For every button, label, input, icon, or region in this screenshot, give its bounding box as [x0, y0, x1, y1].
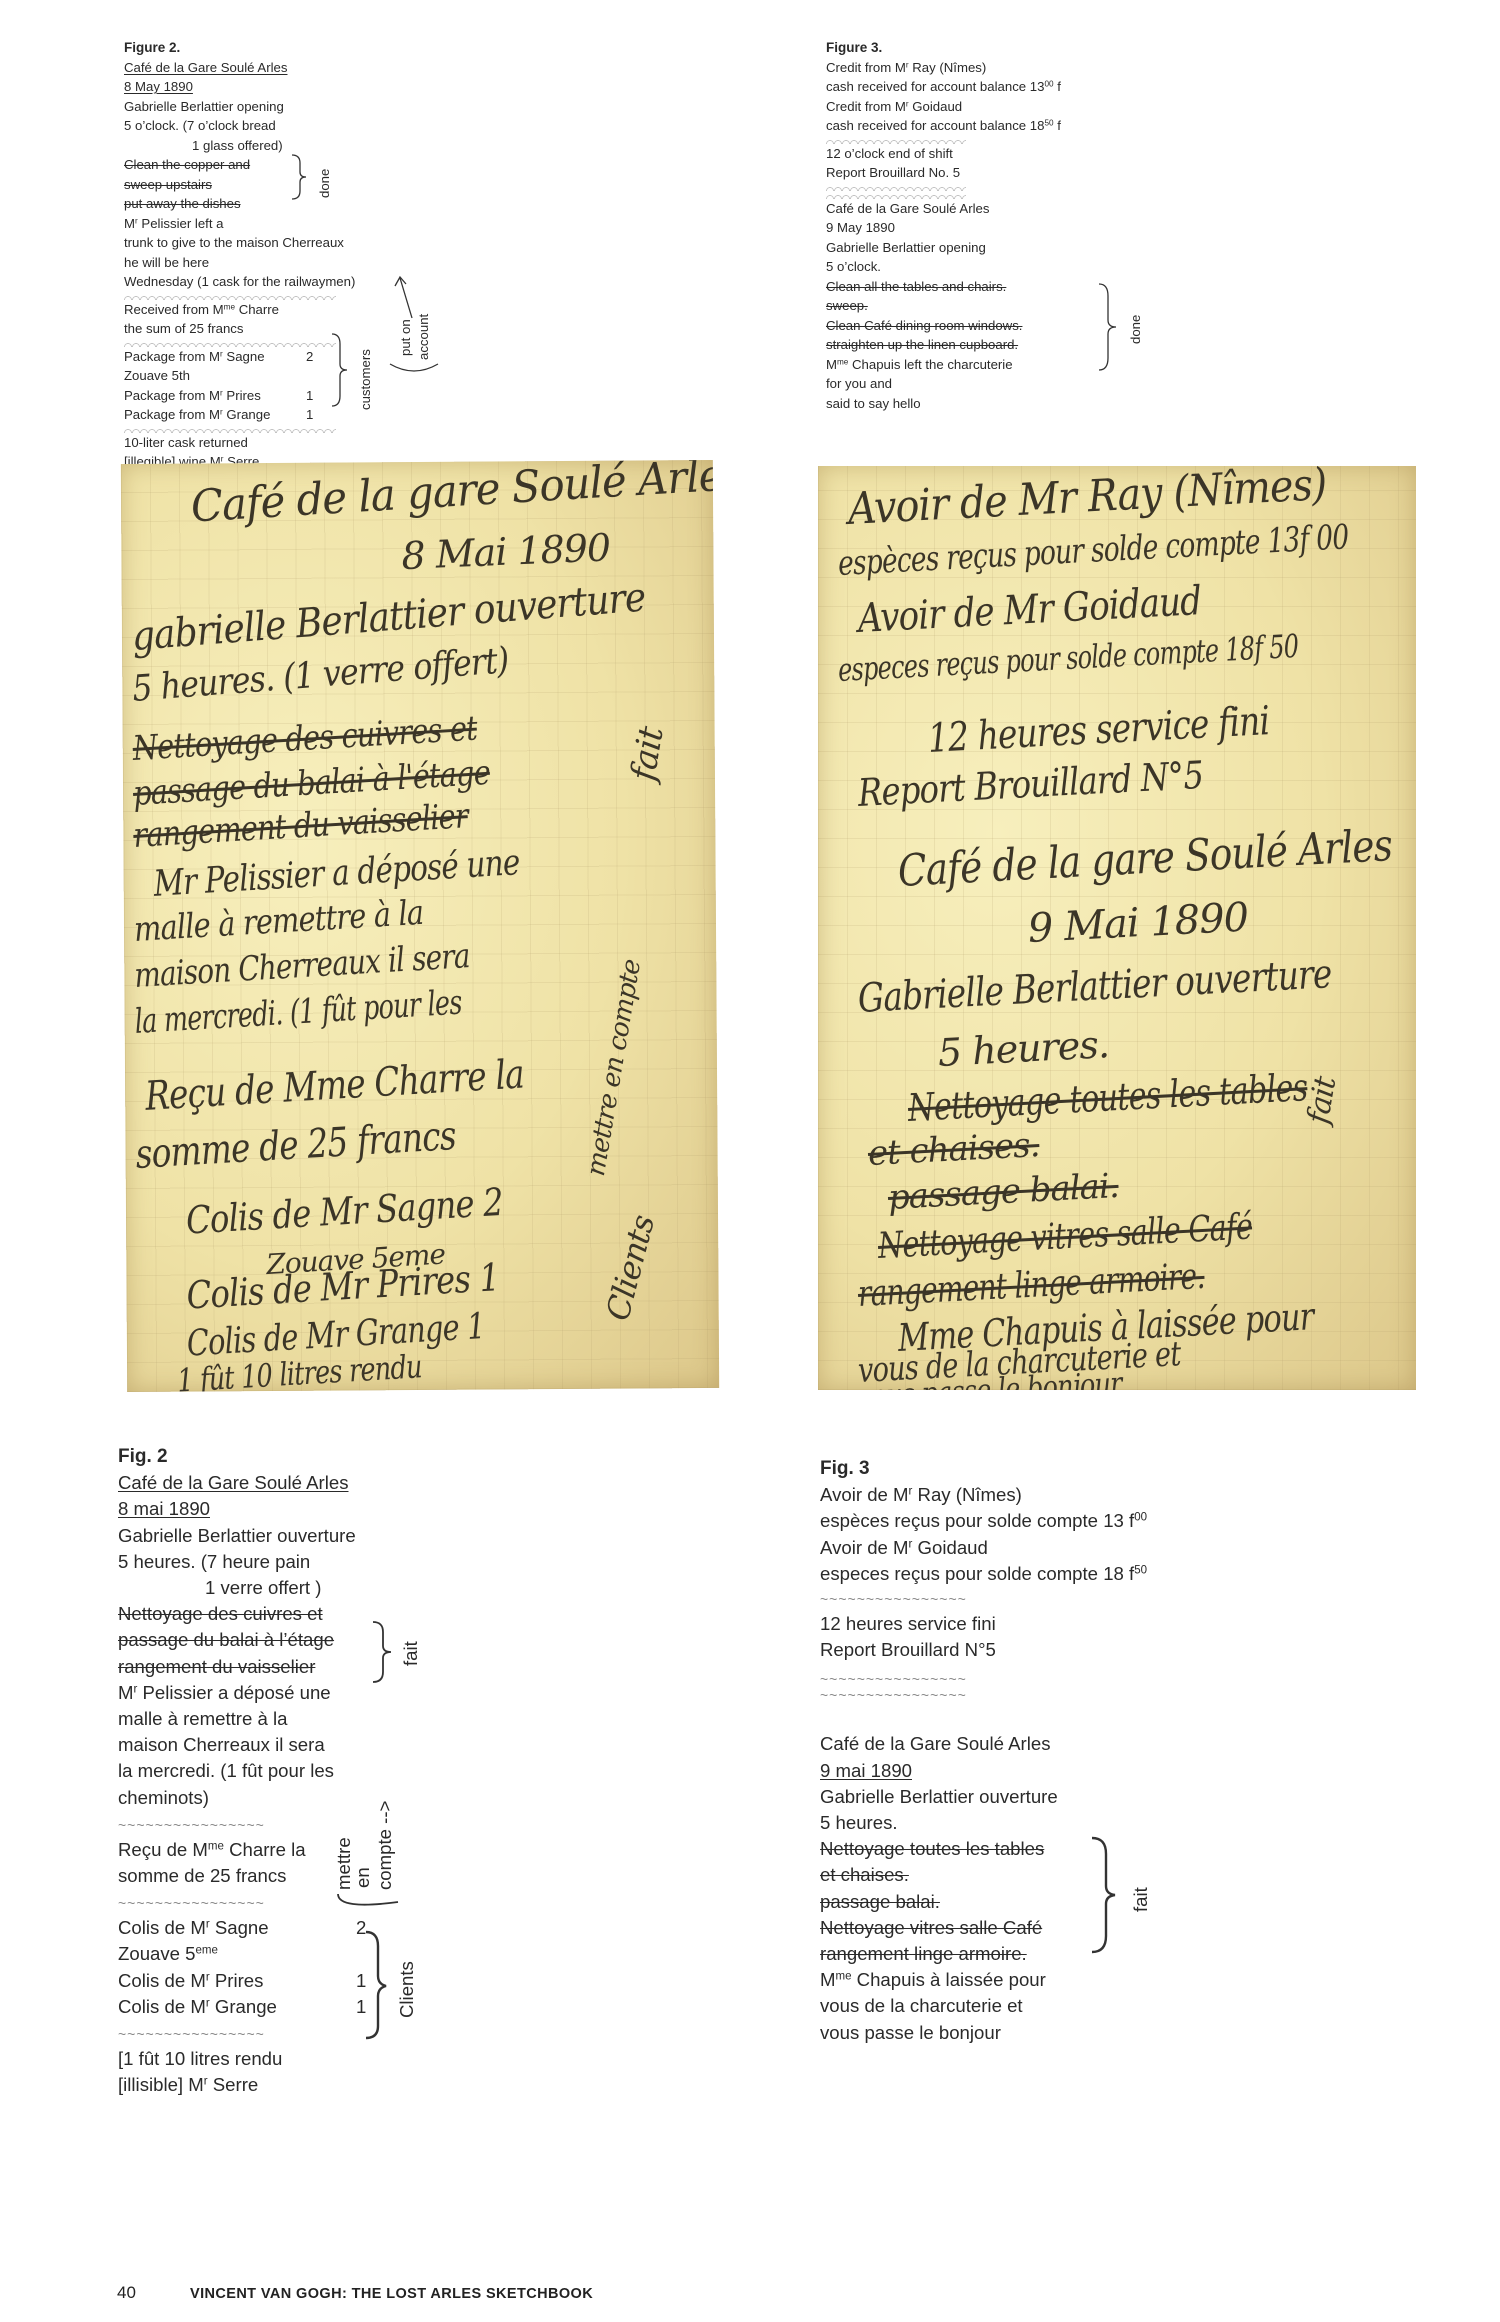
chapuis-line: said to say hello	[826, 394, 1186, 414]
opening-line: Gabrielle Berlattier opening	[124, 97, 424, 117]
margin-note: mettre en compte	[581, 958, 647, 1179]
opening-line: Gabrielle Berlattier opening	[826, 238, 1186, 258]
fig2-title: Fig. 2	[118, 1444, 448, 1470]
annotation-compte: compte -->	[372, 1801, 398, 1890]
figure3-title: Figure 3.	[826, 38, 1186, 58]
fig3-title: Fig. 3	[820, 1456, 1190, 1482]
handwritten-line: 5 heures.	[937, 1022, 1110, 1075]
manuscript-photo-fig3: Avoir de Mr Ray (Nîmes)espèces reçus pou…	[818, 466, 1416, 1390]
wavy-divider	[124, 425, 336, 433]
chapuis-line: vous de la charcuterie et	[820, 1993, 1190, 2019]
handwritten-line: Reçu de Mme Charre la	[144, 1051, 525, 1119]
received-line: the sum of 25 francs	[124, 319, 424, 339]
annotation-done: done	[1126, 315, 1146, 344]
pelissier-line: Wednesday (1 cask for the railwaymen)	[124, 272, 424, 292]
glass-line: 1 glass offered)	[124, 136, 424, 156]
recu-line: somme de 25 francs	[118, 1863, 448, 1889]
tilde-divider: ~~~~~~~~~~~~~~~~	[118, 2026, 448, 2042]
zouave-line: Zouave 5th	[124, 366, 424, 386]
time-line: 5 heures. (7 heure pain	[118, 1549, 448, 1575]
cash-line: cash received for account balance 1850 f	[826, 116, 1186, 136]
brace-customers-icon	[330, 332, 350, 408]
task-struck: Clean all the tables and chairs.	[826, 277, 1186, 297]
pelissier-line: trunk to give to the maison Cherreaux	[124, 233, 424, 253]
annotation-fait: fait	[1128, 1887, 1154, 1912]
place-line: Café de la Gare Soulé Arles	[826, 199, 1186, 219]
handwritten-line: 8 Mai 1890	[400, 525, 610, 578]
task-struck: Nettoyage toutes les tables	[820, 1836, 1190, 1862]
received-line: Received from Mme Charre	[124, 300, 424, 320]
credit-line: Credit from Mr Ray (Nîmes)	[826, 58, 1186, 78]
pelissier-line: Mr Pelissier a déposé une	[118, 1680, 448, 1706]
margin-note: fait	[623, 724, 671, 783]
brace-clients-icon	[364, 1930, 388, 2040]
handwritten-line: Avoir de Mr Goidaud	[857, 578, 1202, 642]
task-struck: Nettoyage des cuivres et	[118, 1601, 448, 1627]
pelissier-line: malle à remettre à la	[118, 1706, 448, 1732]
opening-line: Gabrielle Berlattier ouverture	[118, 1523, 448, 1549]
opening-line: Gabrielle Berlattier ouverture	[820, 1784, 1190, 1810]
package-line: Package from Mr Grange1	[124, 405, 424, 425]
time-line: 5 heures.	[820, 1810, 1190, 1836]
avoir-line: Avoir de Mr Goidaud	[820, 1535, 1190, 1561]
service-line: 12 heures service fini	[820, 1611, 1190, 1637]
handwritten-line: Colis de Mr Sagne 2	[185, 1180, 504, 1243]
handwritten-line: passage balai.	[887, 1166, 1120, 1218]
pelissier-line: cheminots)	[118, 1785, 448, 1811]
tilde-divider: ~~~~~~~~~~~~~~~~	[820, 1671, 1190, 1687]
manuscript-photo-fig2: Café de la gare Soulé Arles8 Mai 1890gab…	[121, 460, 719, 1392]
task-struck: rangement linge armoire.	[820, 1941, 1190, 1967]
figure3-french-transcription: Fig. 3 Avoir de Mr Ray (Nîmes) espèces r…	[820, 1456, 1190, 2046]
annotation-fait: fait	[398, 1641, 424, 1666]
task-struck: sweep.	[826, 296, 1186, 316]
date-line: 9 mai 1890	[820, 1758, 1190, 1784]
tilde-divider: ~~~~~~~~~~~~~~~~	[820, 1687, 1190, 1703]
tilde-divider: ~~~~~~~~~~~~~~~~	[118, 1817, 448, 1833]
annotation-put-on: put on	[396, 319, 416, 356]
cask-line: 10-liter cask returned	[124, 433, 424, 453]
time-line: 5 o’clock. (7 o’clock bread	[124, 116, 424, 136]
colis-line: Colis de Mr Sagne2	[118, 1915, 448, 1941]
pelissier-line: maison Cherreaux il sera	[118, 1732, 448, 1758]
avoir-line: Avoir de Mr Ray (Nîmes)	[820, 1482, 1190, 1508]
handwritten-line: et chaises.	[867, 1125, 1040, 1174]
time-line: 5 o’clock.	[826, 257, 1186, 277]
cash-line: cash received for account balance 1300 f	[826, 77, 1186, 97]
annotation-customers: customers	[356, 349, 376, 410]
annotation-clients: Clients	[394, 1961, 420, 2018]
place-line: Café de la Gare Soulé Arles	[820, 1731, 1190, 1757]
date-line: 8 May 1890	[124, 77, 424, 97]
margin-note: fait	[1301, 1075, 1344, 1127]
brace-fait-icon	[371, 1620, 395, 1684]
chapuis-line: Mme Chapuis left the charcuterie	[826, 355, 1186, 375]
task-struck: sweep upstairs	[124, 175, 424, 195]
tilde-divider: ~~~~~~~~~~~~~~~~	[820, 1591, 1190, 1607]
package-line: Package from Mr Sagne2	[124, 347, 424, 367]
wavy-divider	[826, 136, 966, 144]
package-line: Package from Mr Prires1	[124, 386, 424, 406]
brace-fait-icon	[1090, 1836, 1118, 1954]
chapuis-line: Mme Chapuis à laissée pour	[820, 1967, 1190, 1993]
wavy-divider	[124, 339, 336, 347]
chapuis-line: vous passe le bonjour	[820, 2020, 1190, 2046]
date-line: 9 May 1890	[826, 218, 1186, 238]
wavy-divider	[826, 183, 966, 191]
task-struck: Nettoyage vitres salle Café	[820, 1915, 1190, 1941]
place-line: Café de la Gare Soulé Arles	[118, 1470, 448, 1496]
brace-done-icon	[1097, 282, 1119, 372]
place-line: Café de la Gare Soulé Arles	[124, 58, 424, 78]
handwritten-line: Gabrielle Berlattier ouverture	[857, 951, 1333, 1022]
task-struck: Clean the copper and	[124, 155, 424, 175]
recu-line: Reçu de Mme Charre la	[118, 1837, 448, 1863]
arc-icon	[332, 1892, 400, 1912]
especes-line: especes reçus pour solde compte 18 f50	[820, 1561, 1190, 1587]
report-line: Report Brouillard No. 5	[826, 163, 1186, 183]
handwritten-line: Café de la gare Soulé Arles	[897, 820, 1393, 897]
running-title: VINCENT VAN GOGH: THE LOST ARLES SKETCHB…	[190, 2286, 593, 2302]
pelissier-line: he will be here	[124, 253, 424, 273]
brace-done-icon	[290, 153, 310, 201]
wavy-divider	[124, 292, 336, 300]
handwritten-line: Nettoyage toutes les tables	[907, 1065, 1309, 1130]
report-line: Report Brouillard N°5	[820, 1637, 1190, 1663]
margin-note: Clients	[598, 1212, 662, 1325]
page-number: 40	[117, 2283, 136, 2303]
task-struck: et chaises.	[820, 1862, 1190, 1888]
handwritten-line: Café de la gare Soulé Arles	[190, 460, 720, 533]
annotation-done: done	[315, 169, 335, 198]
chapuis-line: for you and	[826, 374, 1186, 394]
fut-line: [illisible] Mr Serre	[118, 2072, 448, 2098]
fut-line: [1 fût 10 litres rendu	[118, 2046, 448, 2072]
handwritten-line: Report Brouillard N°5	[857, 753, 1204, 815]
task-struck: put away the dishes	[124, 194, 424, 214]
arc-icon	[388, 362, 440, 376]
handwritten-line: 12 heures service fini	[927, 698, 1270, 762]
credit-line: Credit from Mr Goidaud	[826, 97, 1186, 117]
figure2-title: Figure 2.	[124, 38, 424, 58]
pelissier-line: la mercredi. (1 fût pour les	[118, 1758, 448, 1784]
date-line: 8 mai 1890	[118, 1496, 448, 1522]
figure2-english-transcription: Figure 2. Café de la Gare Soulé Arles 8 …	[124, 38, 424, 472]
annotation-account: account	[414, 314, 434, 360]
wavy-divider	[826, 191, 966, 199]
handwritten-line: somme de 25 francs	[134, 1113, 457, 1178]
figure3-english-transcription: Figure 3. Credit from Mr Ray (Nîmes) cas…	[826, 38, 1186, 413]
handwritten-line: 9 Mai 1890	[1027, 895, 1249, 952]
handwritten-line: gabrielle Berlattier ouverture	[130, 575, 647, 660]
shift-line: 12 o’clock end of shift	[826, 144, 1186, 164]
especes-line: espèces reçus pour solde compte 13 f00	[820, 1508, 1190, 1534]
pelissier-line: Mr Pelissier left a	[124, 214, 424, 234]
glass-line: 1 verre offert )	[118, 1575, 448, 1601]
